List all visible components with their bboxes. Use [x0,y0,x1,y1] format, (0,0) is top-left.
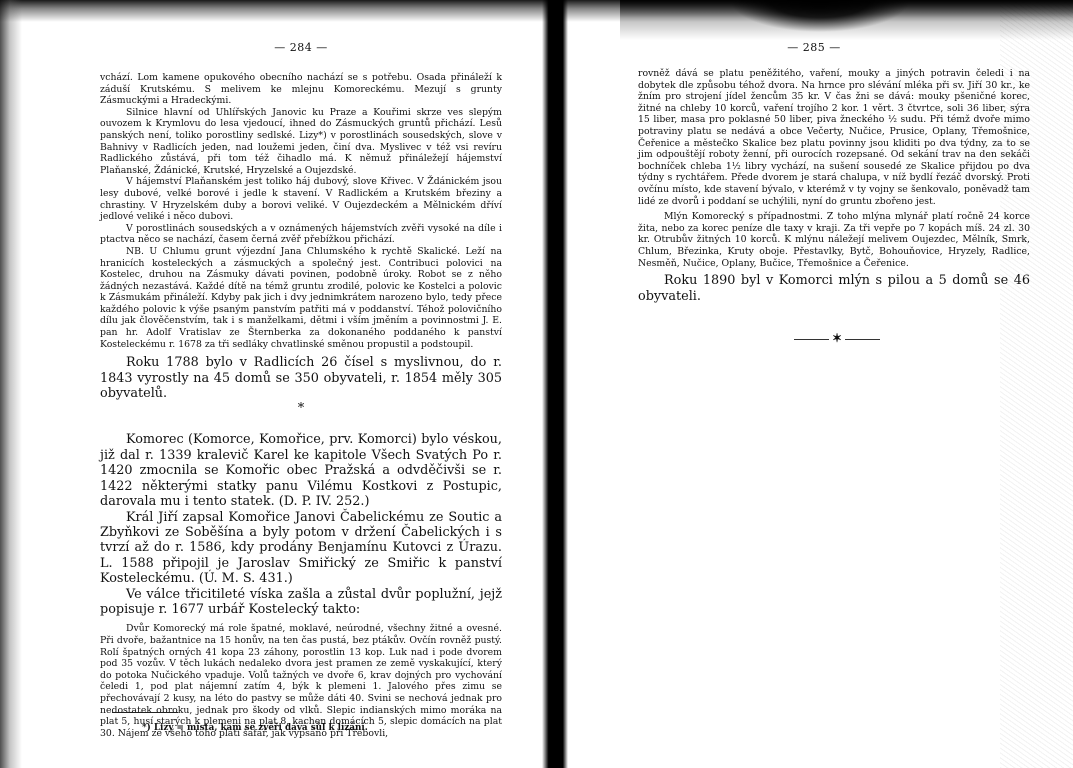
paragraph: vchází. Lom kamene opukového obecního na… [100,72,502,107]
paragraph: Silnice hlavní od Uhlířských Janovic ku … [100,107,502,177]
ornament-line-left [794,339,829,340]
right-small-text-block: rovněž dává se platu peněžitého, vaření,… [638,68,1030,269]
footnote: *) Lizy = místa, kam se zvěři dává sůl k… [142,723,368,733]
population-block: Roku 1788 bylo v Radlicích 26 čísel s my… [100,355,502,401]
left-small-text-block: vchází. Lom kamene opukového obecního na… [100,72,502,350]
scanned-book-spread: — 284 — vchází. Lom kamene opukového obe… [0,0,1073,768]
paragraph: V hájemství Plaňanském jest toliko háj d… [100,176,502,222]
dvur-block: Dvůr Komorecký má role špatné, moklavé, … [100,623,502,739]
komorec-paragraph: Ve válce třicitileté víska zašla a zůsta… [100,587,502,618]
left-page-edge-shadow [0,0,22,768]
komorec-paragraph: Král Jiří zapsal Komořice Janovi Čabelic… [100,510,502,587]
komorec-history-block: Komorec (Komorce, Komořice, prv. Komorci… [100,432,502,617]
final-population-block: Roku 1890 byl v Komorci mlýn s pilou a 5… [638,273,1030,304]
page-number-right: — 285 — [618,41,1010,54]
mlyn-paragraph: Mlýn Komorecký s případnostmi. Z toho ml… [638,211,1030,269]
page-number-left: — 284 — [100,41,502,54]
population-paragraph: Roku 1788 bylo v Radlicích 26 čísel s my… [100,355,502,401]
ornament-star-icon: ✶ [829,332,845,344]
final-paragraph: Roku 1890 byl v Komorci mlýn s pilou a 5… [638,273,1030,304]
book-gutter [542,0,568,768]
paragraph: V porostlinách sousedských a v oznámenýc… [100,223,502,246]
dvur-paragraph: Dvůr Komorecký má role špatné, moklavé, … [100,623,502,739]
end-ornament: ✶ [794,335,880,343]
komorec-paragraph: Komorec (Komorce, Komořice, prv. Komorci… [100,432,502,509]
section-separator: * [100,401,502,416]
footnote-rule [112,712,178,713]
paragraph: rovněž dává se platu peněžitého, vaření,… [638,68,1030,207]
ornament-line-right [845,339,880,340]
paragraph: NB. U Chlumu grunt výjezdní Jana Chlumsk… [100,246,502,350]
